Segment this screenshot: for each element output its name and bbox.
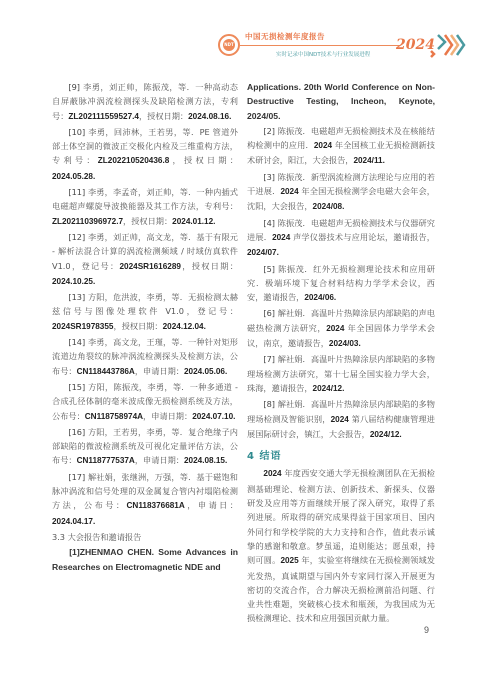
- patent-reference: [15] 方阳，陈振茂，李勇，等．一种多通道 - 合成孔径体制的毫米波成像无损检…: [52, 380, 238, 424]
- ndt-logo-icon: NDT: [218, 34, 240, 56]
- patent-reference: [9] 李勇，刘正帅，陈振茂，等．一种高动态自屏蔽脉冲涡流检测探头及缺陷检测方法…: [52, 80, 238, 124]
- reference-date-label: ，授权日期：: [169, 155, 238, 165]
- reference-date: 2024/03.: [329, 339, 361, 348]
- reference-number: [9]: [68, 82, 80, 92]
- header-title: 中国无损检测年度报告: [245, 31, 325, 42]
- reference-id: CN118376681A: [127, 501, 185, 510]
- reference-id: CN118777537A: [77, 456, 135, 465]
- reference-number: [14]: [68, 337, 85, 347]
- reference-number: [13]: [68, 292, 85, 302]
- conclusion-text-1: 年度西安交通大学无损检测团队在无损检测基础理论、检测方法、创新技术、新探头、仪器…: [247, 468, 435, 565]
- reference-date: 2024.05.28.: [52, 172, 95, 181]
- reference-date-label: ，申请日期：: [135, 366, 184, 376]
- reference-date: 2024/12.: [313, 384, 345, 393]
- conclusion-paragraph: 2024 年度西安交通大学无损检测团队在无损检测基础理论、检测方法、创新技术、新…: [247, 466, 435, 625]
- subsection-heading: 3.3 大会报告和邀请报告: [52, 530, 238, 544]
- report-header: NDT 中国无损检测年度报告 实时记录中国NDT技术与行业发展进程 2024: [218, 28, 468, 62]
- patent-reference: [10] 李勇，回沛林，王若男，等．PE 管道外部土体空洞的微波正交极化内检及三…: [52, 125, 238, 184]
- reference-number: [8]: [263, 399, 275, 409]
- conference-reference: [6] 解社娟．高温叶片热障涂层内部缺陷的声电磁热检测方法研究，2024 年全国…: [247, 306, 435, 351]
- reference-year: 2024: [272, 233, 290, 242]
- reference-number: [12]: [68, 232, 85, 242]
- conference-reference: [7] 解社娟．高温叶片热障涂层内部缺陷的多物理场检测方法研究，第十七届全国实验…: [247, 352, 435, 396]
- conference-reference: [2] 陈振茂．电磁超声无损检测技术及在核能结构检测中的应用．2024 年全国核…: [247, 124, 435, 169]
- patent-reference: [16] 方阳，王若男，李勇，等．复合绝缘子内部缺陷的微波检测系统及可视化定量评…: [52, 425, 238, 469]
- reference-number: [3]: [263, 172, 275, 182]
- conclusion-year-2: 2025: [280, 556, 298, 565]
- left-column: [9] 李勇，刘正帅，陈振茂，等．一种高动态自屏蔽脉冲涡流检测探头及缺陷检测方法…: [52, 80, 238, 575]
- conference-reference-1-end: Applications. 20th World Conference on N…: [247, 80, 435, 123]
- reference-id: ZL202110396972.7: [52, 217, 123, 226]
- reference-date-label: ，申请日：: [185, 500, 238, 510]
- reference-number: [7]: [263, 354, 275, 364]
- reference-number: [15]: [68, 382, 85, 392]
- conference-reference: [5] 陈振茂．红外无损检测理论技术和应用研究．极端环境下复合材料结构力学学术会…: [247, 262, 435, 306]
- conclusion-year-1: 2024: [263, 469, 281, 478]
- conference-reference: [8] 解社娟．高温叶片热障涂层内部缺陷的多物理场检测及智能识别，2024 第八…: [247, 397, 435, 442]
- reference-date: 2024/06.: [304, 293, 336, 302]
- conference-reference: [4] 陈振茂．电磁超声无损检测技术与仪器研究进展．2024 声学仪器技术与应用…: [247, 216, 435, 261]
- reference-date-label: ，授权日期：: [113, 321, 162, 331]
- conference-reference: [3] 陈振茂．新型涡流检测方法理论与应用的若干进展．2024 年全国无损检测学…: [247, 170, 435, 215]
- conclusion-text-2: 年，实验室将继续在无损检测领域发光发热，真诚期望与国内外专家同行深入开展更为密切…: [247, 555, 435, 623]
- reference-number: [10]: [68, 127, 85, 137]
- reference-id: ZL202210520436.8: [98, 156, 169, 165]
- reference-venue: 声学仪器技术与应用论坛，邀请报告，: [290, 232, 435, 242]
- reference-date-label: ，授权日期：: [181, 261, 238, 271]
- reference-date: 2024.10.25.: [52, 277, 95, 286]
- header-divider: [240, 45, 400, 46]
- reference-number: [16]: [68, 427, 85, 437]
- reference-date: 2024.04.17.: [52, 517, 95, 526]
- patent-reference-list: [9] 李勇，刘正帅，陈振茂，等．一种高动态自屏蔽脉冲涡流检测探头及缺陷检测方法…: [52, 80, 238, 529]
- reference-date: 2024/11.: [353, 156, 384, 165]
- reference-date-label: ，申请日期：: [135, 455, 184, 465]
- reference-year: 2024: [314, 141, 332, 150]
- reference-number: [11]: [68, 187, 85, 197]
- reference-number: [17]: [68, 472, 85, 482]
- patent-reference: [11] 李勇，李孟奇，刘正帅，等．一种内插式电磁超声螺旋导波换能器及其工作方法…: [52, 185, 238, 229]
- reference-text: 陈振茂．红外无损检测理论技术和应用研究．极端环境下复合材料结构力学学术会议，西安…: [247, 264, 435, 303]
- section-title: 4 结语: [247, 450, 435, 464]
- reference-year: 2024: [331, 415, 349, 424]
- header-subtitle: 实时记录中国NDT技术与行业发展进程: [276, 50, 370, 58]
- reference-number: [2]: [263, 126, 275, 136]
- conference-reference-list: [2] 陈振茂．电磁超声无损检测技术及在核能结构检测中的应用．2024 年全国核…: [247, 124, 435, 442]
- page-number: 9: [424, 625, 429, 635]
- reference-date: 2024/08.: [313, 202, 345, 211]
- reference-date: 2024.01.12.: [172, 217, 215, 226]
- reference-date: 2024/07.: [247, 248, 279, 257]
- reference-id: CN118758974A: [85, 412, 143, 421]
- logo-text: NDT: [223, 39, 235, 51]
- patent-reference: [12] 李勇，刘正帅，高文龙，等．基于有限元 - 解析法混合计算的涡流检测频域…: [52, 230, 238, 289]
- reference-date: 2024.07.10.: [192, 412, 235, 421]
- reference-id: 2024SR1616289: [119, 262, 180, 271]
- right-column: Applications. 20th World Conference on N…: [247, 80, 435, 627]
- patent-reference: [14] 李勇，高文龙，王瑾，等．一种针对矩形流道边角裂纹的脉冲涡流检测探头及检…: [52, 335, 238, 379]
- reference-date: 2024.12.04.: [163, 322, 206, 331]
- patent-reference: [13] 方阳，危洪波，李勇，等．无损检测太赫兹信号与图像处理软件 V1.0，登…: [52, 290, 238, 334]
- reference-date: 2024.08.15.: [184, 456, 227, 465]
- reference-year: 2024: [326, 324, 344, 333]
- reference-date: 2024/12.: [370, 430, 402, 439]
- reference-date-label: ，授权日期：: [139, 111, 188, 121]
- reference-date-label: ，申请日期：: [143, 411, 192, 421]
- chevrons-icon: [430, 32, 468, 58]
- reference-number: [6]: [263, 308, 275, 318]
- reference-year: 2024: [280, 187, 298, 196]
- reference-date-label: ，授权日期：: [123, 216, 172, 226]
- reference-number: [4]: [263, 218, 275, 228]
- reference-id: CN118443786A: [77, 367, 135, 376]
- reference-number: [5]: [263, 264, 275, 274]
- conference-reference-1-start: [1]ZHENMAO CHEN. Some Advances in Resear…: [52, 545, 238, 574]
- reference-id: ZL202111559527.4: [68, 112, 139, 121]
- reference-date: 2024.05.06.: [184, 367, 227, 376]
- reference-id: 2024SR1978355: [52, 322, 113, 331]
- patent-reference: [17] 解社娟，张继洲，万强，等．基于磁饱和脉冲涡流和信号处理的双金属复合管内…: [52, 470, 238, 529]
- reference-date: 2024.08.16.: [188, 112, 231, 121]
